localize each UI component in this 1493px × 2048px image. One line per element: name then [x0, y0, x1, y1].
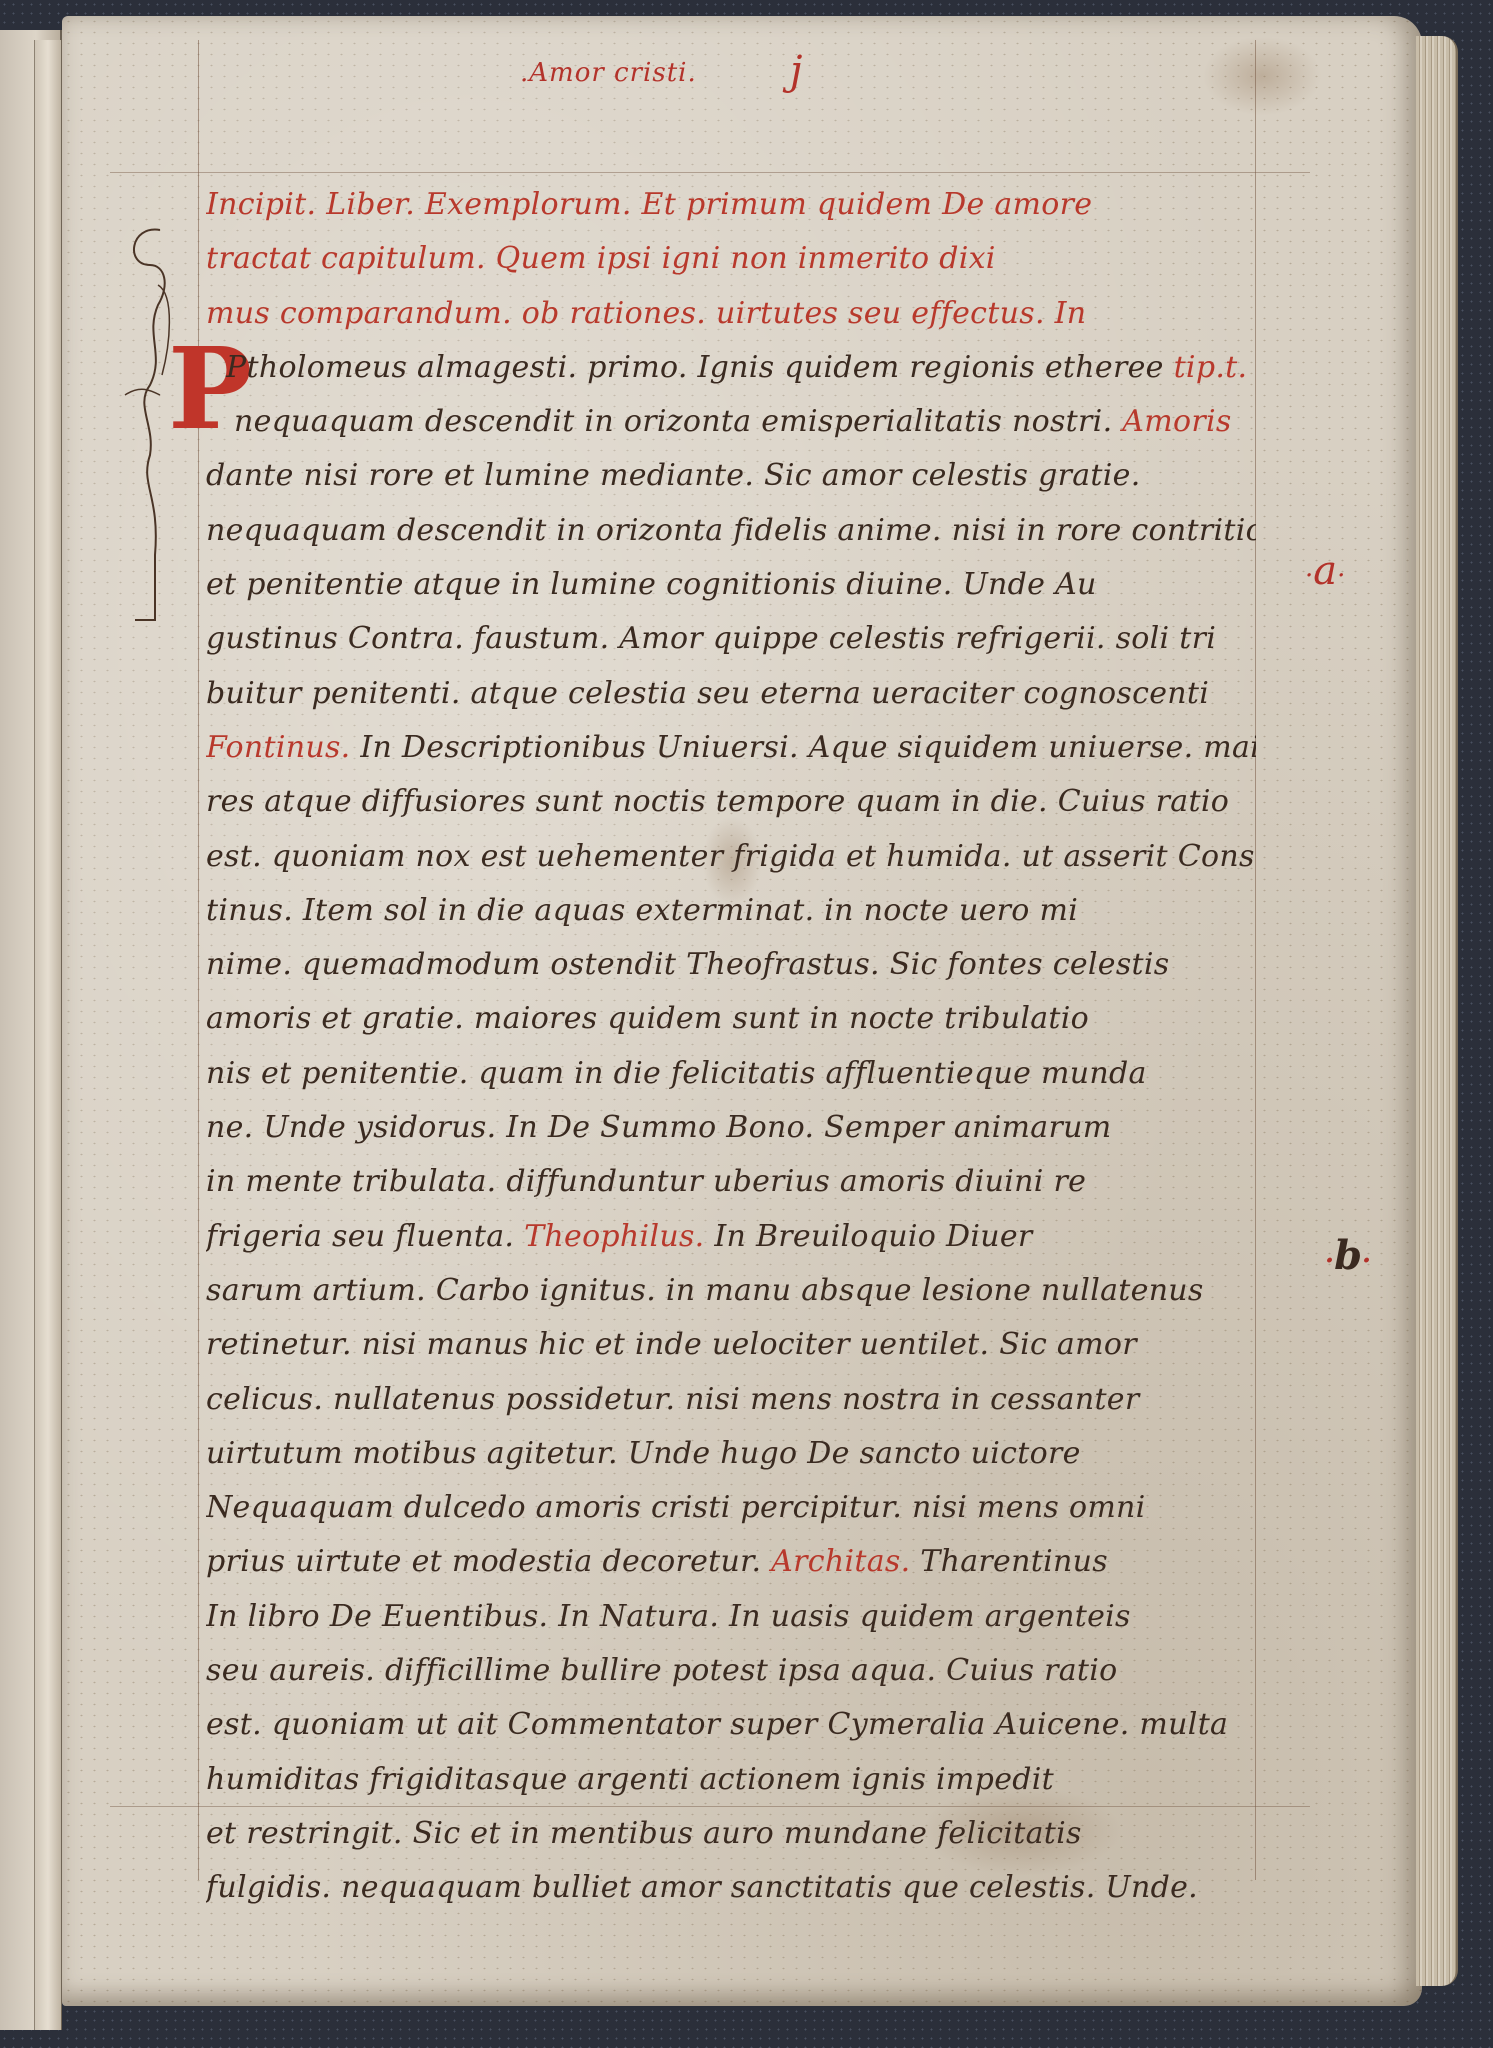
text-block-edges [1416, 36, 1458, 1986]
ruling-line-left [198, 40, 199, 1880]
text-line: est. quoniam ut ait Commentator super Cy… [206, 1698, 1256, 1752]
text-line: humiditas frigiditasque argenti actionem… [206, 1753, 1256, 1807]
water-stain [1202, 36, 1322, 116]
text-line: est. quoniam nox est uehementer frigida … [206, 830, 1256, 884]
text-block: Incipit. Liber. Exemplorum. Et primum qu… [206, 178, 1256, 1916]
text-line: prius uirtute et modestia decoretur. Arc… [206, 1535, 1256, 1589]
text-line: res atque diffusiores sunt noctis tempor… [206, 775, 1256, 829]
text-line: tinus. Item sol in die aquas exterminat.… [206, 884, 1256, 938]
text-line: In libro De Euentibus. In Natura. In uas… [206, 1590, 1256, 1644]
text-line: nequaquam descendit in orizonta emisperi… [206, 395, 1256, 449]
text-line: tractat capitulum. Quem ipsi igni non in… [206, 232, 1256, 286]
binding-gutter [34, 40, 62, 2030]
text-line: Nequaquam dulcedo amoris cristi percipit… [206, 1481, 1256, 1535]
text-line: Ptholomeus almagesti. primo. Ignis quide… [206, 341, 1256, 395]
text-line: amoris et gratie. maiores quidem sunt in… [206, 992, 1256, 1046]
text-line: buitur penitenti. atque celestia seu ete… [206, 667, 1256, 721]
rubric-text: Architas. [771, 1544, 910, 1579]
text-line: seu aureis. difficillime bullire potest … [206, 1644, 1256, 1698]
text-line: frigeria seu fluenta. Theophilus. In Bre… [206, 1210, 1256, 1264]
rubric-text: Fontinus. [206, 730, 350, 765]
ruling-line-top [110, 172, 1310, 173]
text-line: Incipit. Liber. Exemplorum. Et primum qu… [206, 178, 1256, 232]
text-line: fulgidis. nequaquam bulliet amor sanctit… [206, 1861, 1256, 1915]
text-line: uirtutum motibus agitetur. Unde hugo De … [206, 1427, 1256, 1481]
text-line: in mente tribulata. diffunduntur uberius… [206, 1155, 1256, 1209]
text-line: nis et penitentie. quam in die felicitat… [206, 1047, 1256, 1101]
rubric-text: Theophilus. [524, 1219, 704, 1254]
text-line: nime. quemadmodum ostendit Theofrastus. … [206, 938, 1256, 992]
text-line: et penitentie atque in lumine cognitioni… [206, 558, 1256, 612]
text-line: dante nisi rore et lumine mediante. Sic … [206, 449, 1256, 503]
text-line: sarum artium. Carbo ignitus. in manu abs… [206, 1264, 1256, 1318]
running-header: .Amor cristi. [520, 58, 697, 88]
text-line: Fontinus. In Descriptionibus Uniuersi. A… [206, 721, 1256, 775]
text-line: celicus. nullatenus possidetur. nisi men… [206, 1373, 1256, 1427]
margin-note-a: ·a· [1305, 548, 1345, 594]
text-line: gustinus Contra. faustum. Amor quippe ce… [206, 612, 1256, 666]
text-line: nequaquam descendit in orizonta fidelis … [206, 504, 1256, 558]
folio-number: j [790, 48, 802, 94]
rubric-text: Amoris [1122, 404, 1231, 439]
text-line: mus comparandum. ob rationes. uirtutes s… [206, 287, 1256, 341]
text-line: ne. Unde ysidorus. In De Summo Bono. Sem… [206, 1101, 1256, 1155]
text-line: et restringit. Sic et in mentibus auro m… [206, 1807, 1256, 1861]
text-line: retinetur. nisi manus hic et inde ueloci… [206, 1318, 1256, 1372]
margin-note-b: ·b· [1325, 1232, 1371, 1279]
rubric-text: tip.t. ca. [1174, 350, 1256, 385]
